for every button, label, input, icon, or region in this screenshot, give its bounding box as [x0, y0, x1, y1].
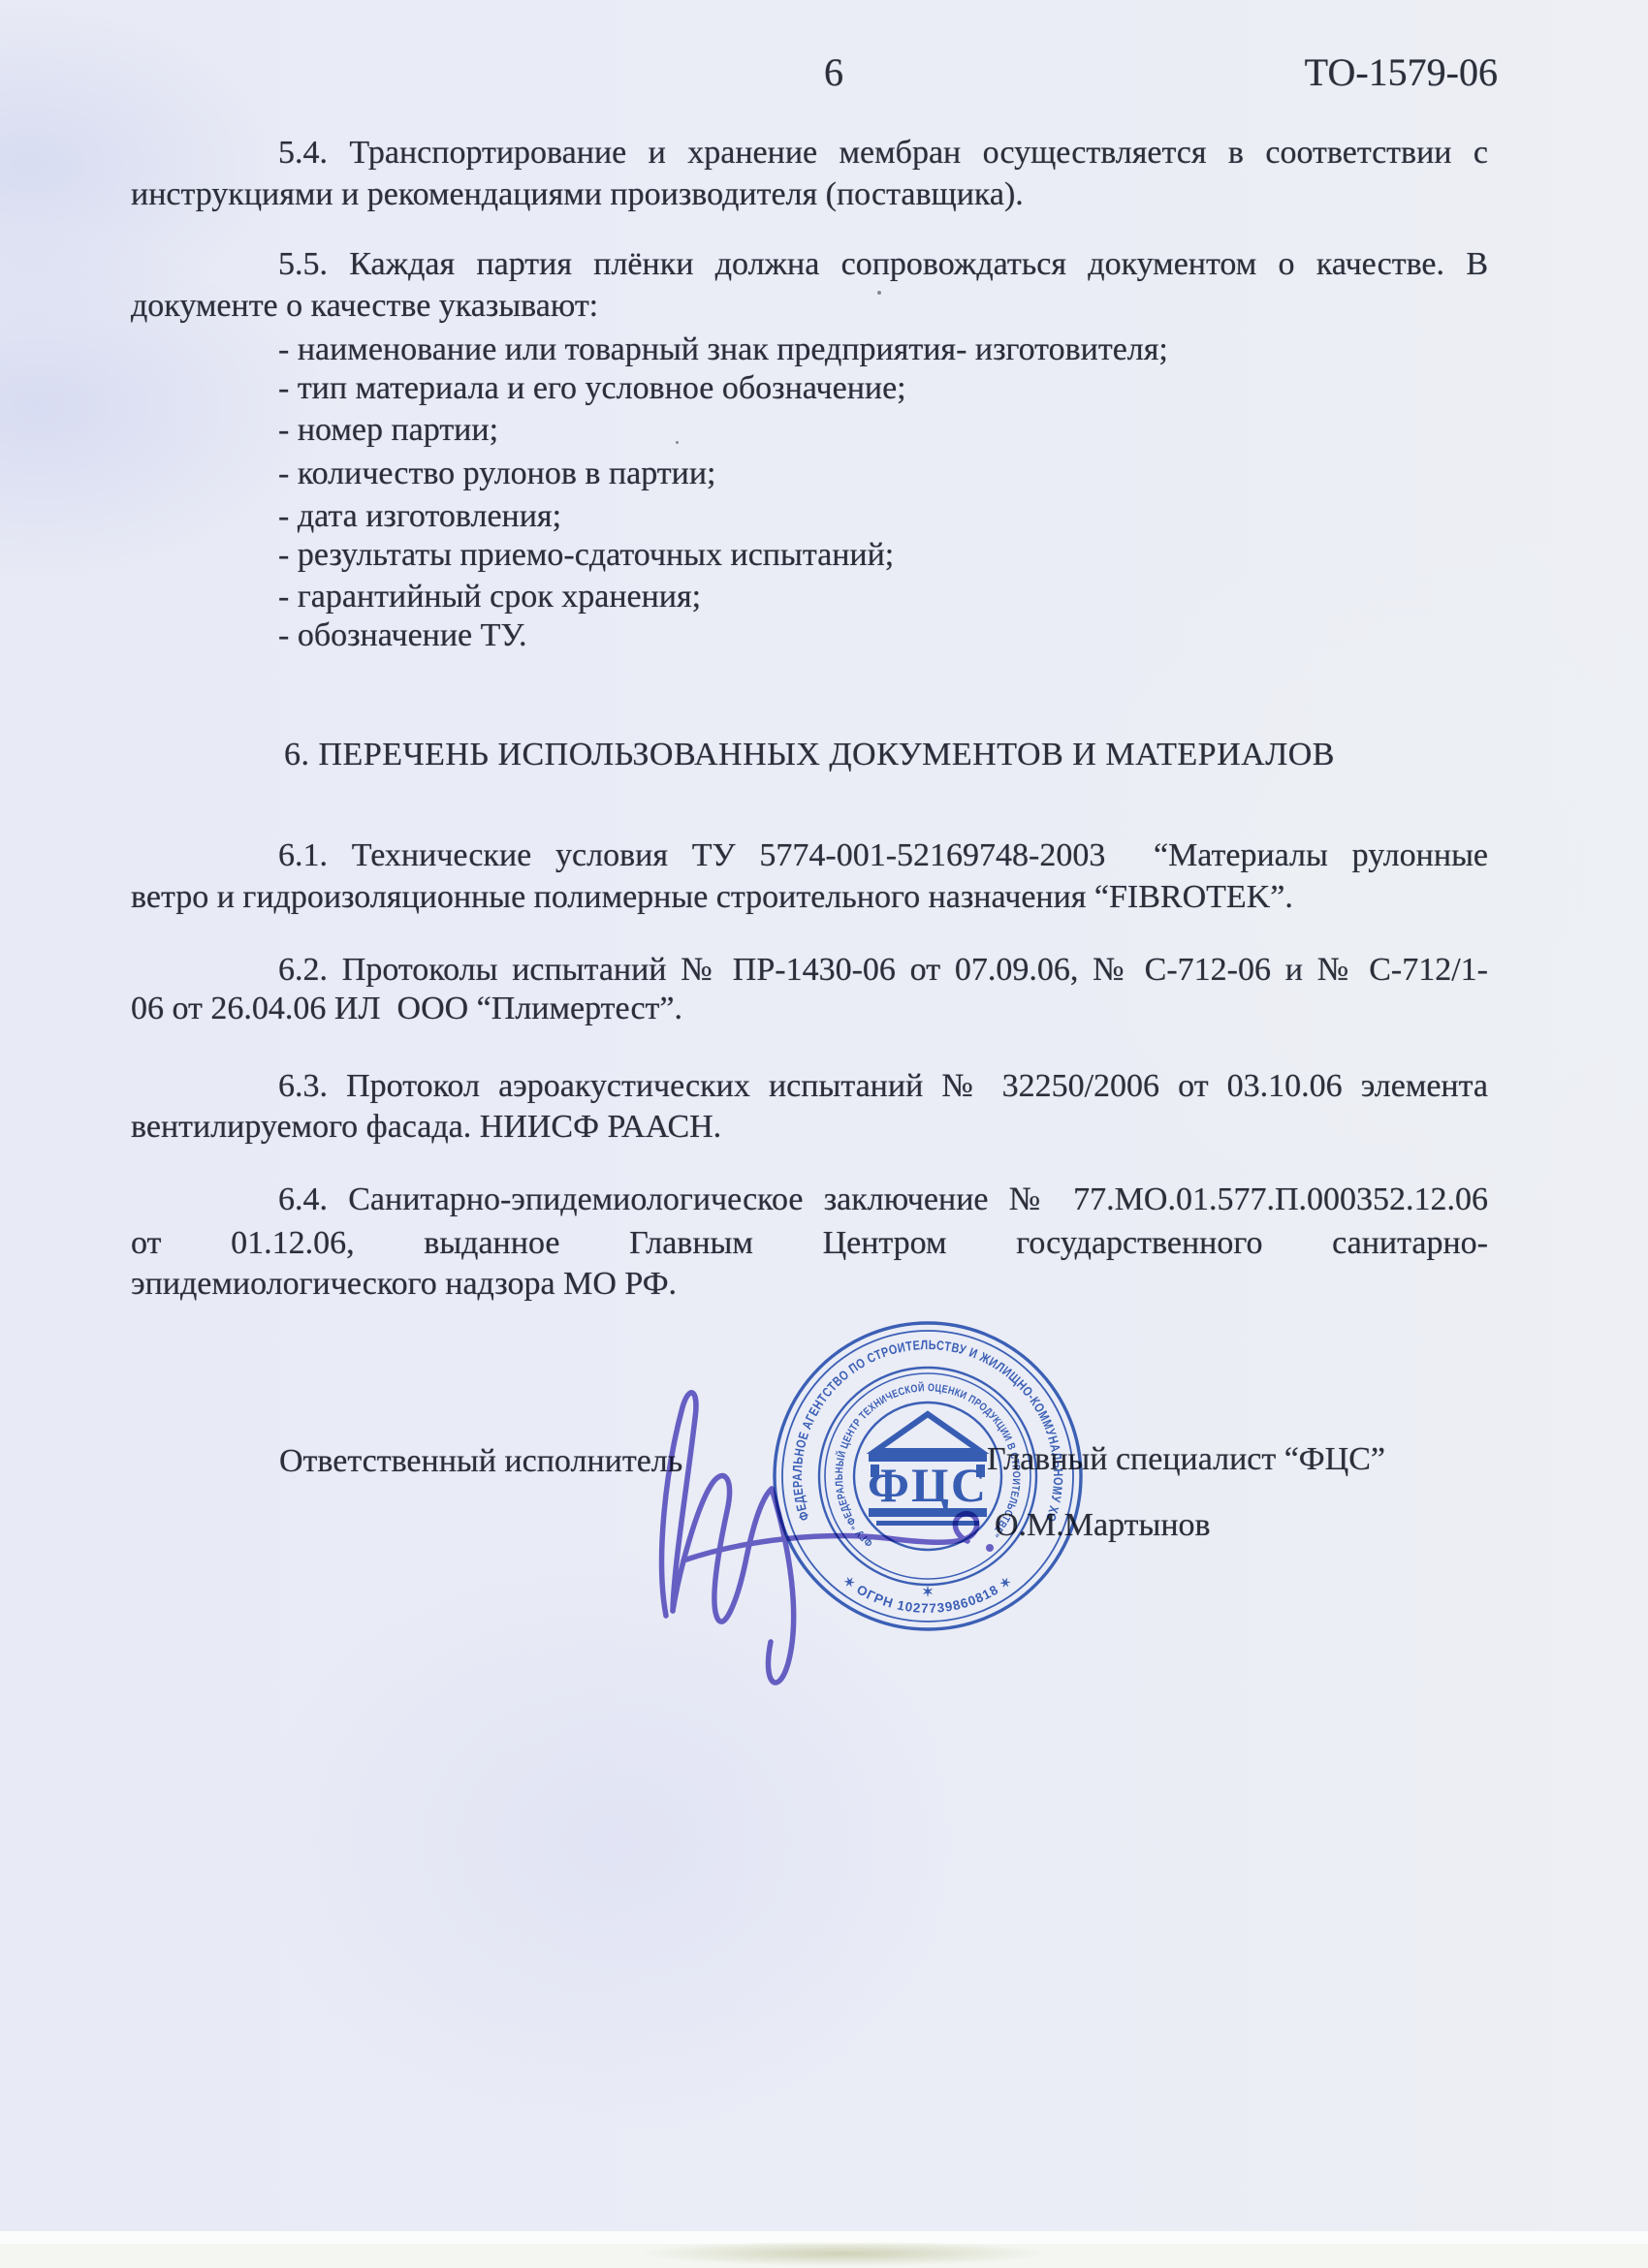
text-line: вентилируемого фасада. НИИСФ РААСН. — [131, 1111, 1488, 1144]
text-line: - тип материала и его условное обозначен… — [131, 372, 1488, 405]
text-line: - номер партии; — [131, 414, 1488, 447]
scan-smudge — [640, 2241, 1047, 2266]
scan-speck — [877, 291, 881, 295]
text-line: документе о качестве указывают: — [131, 290, 1488, 323]
scan-speck — [676, 441, 679, 444]
handwritten-signature-icon — [611, 1347, 1037, 1706]
text-line: - обозначение ТУ. — [131, 619, 1488, 652]
text-line: - наименование или товарный знак предпри… — [131, 333, 1488, 366]
text-line: 6.1. Технические условия ТУ 5774-001-521… — [131, 839, 1488, 872]
page-number: 6 — [795, 53, 872, 92]
text-line: 5.5. Каждая партия плёнки должна сопрово… — [131, 248, 1488, 281]
doc-number: ТО-1579-06 — [1260, 53, 1498, 92]
text-line: - результаты приемо-сдаточных испытаний; — [131, 539, 1488, 572]
text-line: 6. ПЕРЕЧЕНЬ ИСПОЛЬЗОВАННЫХ ДОКУМЕНТОВ И … — [131, 739, 1488, 772]
text-line: от 01.12.06, выданное Главным Центром го… — [131, 1227, 1488, 1260]
text-line: 6.2. Протоколы испытаний № ПР-1430-06 от… — [131, 954, 1488, 987]
text-line: инструкциями и рекомендациями производит… — [131, 178, 1488, 211]
text-line: 6.4. Санитарно-эпидемиологическое заключ… — [131, 1183, 1488, 1216]
text-line: 06 от 26.04.06 ИЛ ООО “Плимертест”. — [131, 992, 1488, 1025]
text-line: 6.3. Протокол аэроакустических испытаний… — [131, 1070, 1488, 1103]
text-line: - дата изготовления; — [131, 500, 1488, 533]
text-line: 5.4. Транспортирование и хранение мембра… — [131, 137, 1488, 170]
text-line: ветро и гидроизоляционные полимерные стр… — [131, 881, 1488, 914]
scanned-page: 6 ТО-1579-06 5.4. Транспортирование и хр… — [0, 0, 1648, 2268]
text-line: - количество рулонов в партии; — [131, 457, 1488, 490]
text-line: - гарантийный срок хранения; — [131, 581, 1488, 614]
signature-period-dot — [986, 1544, 994, 1552]
text-line: эпидемиологического надзора МО РФ. — [131, 1268, 1488, 1301]
